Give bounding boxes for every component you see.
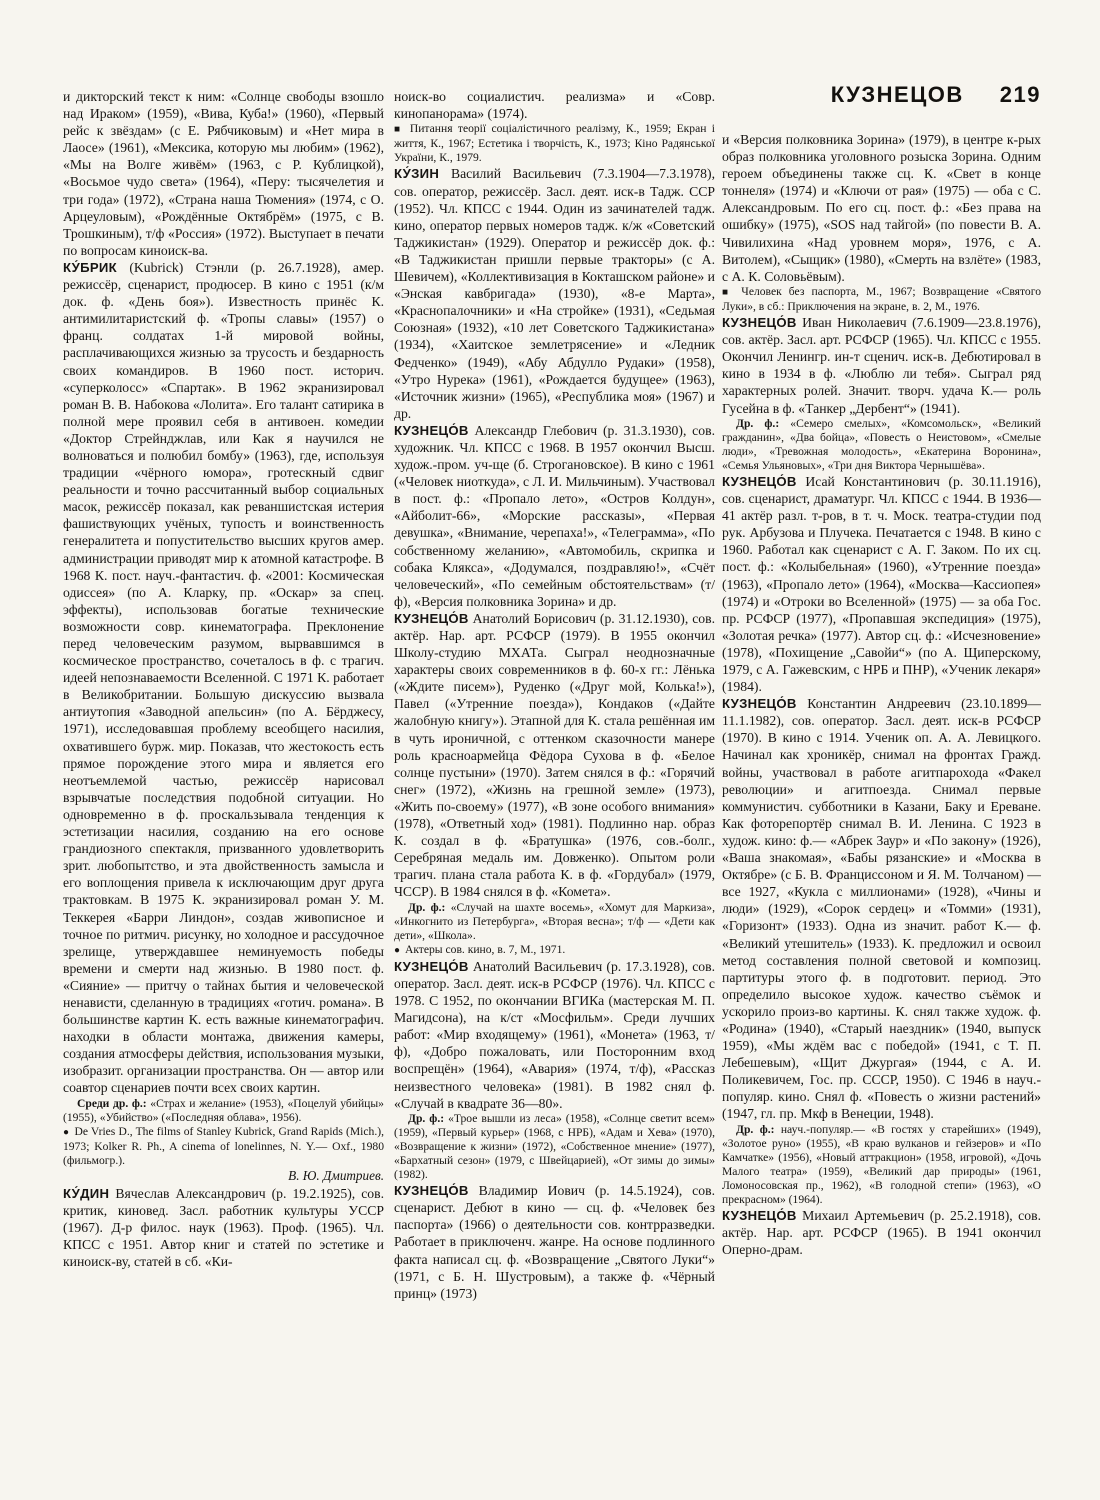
running-head-title: КУЗНЕЦОВ	[831, 82, 964, 108]
entry-paragraph: КУ́БРИК (Kubrick) Стэнли (р. 26.7.1928),…	[63, 259, 384, 1097]
entry-headword: КУЗНЕЦО́В	[394, 1183, 469, 1198]
bibliography-note: ■ Питання теорії соціалістичного реалізм…	[394, 122, 715, 165]
square-marker-icon: ■	[722, 287, 734, 298]
column-left: и дикторский текст к ним: «Солнце свобод…	[63, 88, 384, 1270]
entry-paragraph: КУЗНЕЦО́В Владимир Иович (р. 14.5.1924),…	[394, 1182, 715, 1302]
entry-headword: КУ́ДИН	[63, 1186, 109, 1201]
entry-paragraph: КУ́ДИН Вячеслав Александрович (р. 19.2.1…	[63, 1185, 384, 1270]
author-signature: В. Ю. Дмитриев.	[63, 1168, 384, 1185]
filmography-lead: Др. ф.:	[736, 417, 779, 430]
entry-headword: КУ́БРИК	[63, 260, 117, 275]
filmography-lead: Др. ф.:	[408, 1112, 444, 1125]
entry-headword: КУЗНЕЦО́В	[722, 1208, 797, 1223]
circle-marker-icon: ●	[63, 1127, 71, 1138]
column-middle: ноиск-во социалистич. реализма» и «Совр.…	[394, 88, 715, 1302]
continuation-paragraph: и дикторский текст к ним: «Солнце свобод…	[63, 88, 384, 259]
bibliography-note: ■ Человек без паспорта, М., 1967; Возвра…	[722, 285, 1041, 314]
entry-paragraph: КУЗНЕЦО́В Исай Константинович (р. 30.11.…	[722, 473, 1041, 695]
entry-paragraph: КУЗНЕЦО́В Анатолий Борисович (р. 31.12.1…	[394, 610, 715, 901]
entry-headword: КУЗНЕЦО́В	[394, 959, 469, 974]
bibliography-note: ● De Vries D., The films of Stanley Kubr…	[63, 1125, 384, 1168]
filmography-lead: Среди др. ф.:	[77, 1097, 147, 1110]
entry-headword: КУЗНЕЦО́В	[722, 474, 797, 489]
continuation-paragraph: ноиск-во социалистич. реализма» и «Совр.…	[394, 88, 715, 122]
entry-paragraph: КУ́ЗИН Василий Васильевич (7.3.1904—7.3.…	[394, 165, 715, 421]
filmography-note: Среди др. ф.: «Страх и желание» (1953), …	[63, 1097, 384, 1125]
filmography-lead: Др. ф.:	[736, 1123, 774, 1136]
entry-headword: КУЗНЕЦО́В	[722, 696, 797, 711]
bibliography-note: ● Актеры сов. кино, в. 7, М., 1971.	[394, 943, 715, 958]
page-number: 219	[1000, 82, 1041, 108]
circle-marker-icon: ●	[394, 945, 402, 956]
filmography-note: Др. ф.: «Случай на шахте восемь», «Хомут…	[394, 901, 715, 943]
filmography-note: Др. ф.: науч.-популяр.— «В гостях у стар…	[722, 1123, 1041, 1208]
entry-paragraph: КУЗНЕЦО́В Михаил Артемьевич (р. 25.2.191…	[722, 1207, 1041, 1258]
continuation-paragraph: и «Версия полковника Зорина» (1979), в ц…	[722, 131, 1041, 285]
entry-headword: КУЗНЕЦО́В	[394, 611, 469, 626]
entry-paragraph: КУЗНЕЦО́В Иван Николаевич (7.6.1909—23.8…	[722, 314, 1041, 417]
filmography-note: Др. ф.: «Семеро смелых», «Комсомольск», …	[722, 417, 1041, 473]
square-marker-icon: ■	[394, 124, 405, 135]
running-head: КУЗНЕЦОВ 219	[722, 82, 1041, 108]
filmography-note: Др. ф.: «Трое вышли из леса» (1958), «Со…	[394, 1112, 715, 1182]
entry-headword: КУЗНЕЦО́В	[394, 423, 469, 438]
column-right: и «Версия полковника Зорина» (1979), в ц…	[722, 131, 1041, 1258]
entry-headword: КУЗНЕЦО́В	[722, 315, 797, 330]
page: КУЗНЕЦОВ 219 и дикторский текст к ним: «…	[0, 0, 1100, 1500]
entry-paragraph: КУЗНЕЦО́В Константин Андреевич (23.10.18…	[722, 695, 1041, 1122]
filmography-lead: Др. ф.:	[408, 901, 445, 914]
entry-paragraph: КУЗНЕЦО́В Александр Глебович (р. 31.3.19…	[394, 422, 715, 610]
entry-headword: КУ́ЗИН	[394, 166, 439, 181]
entry-paragraph: КУЗНЕЦО́В Анатолий Васильевич (р. 17.3.1…	[394, 958, 715, 1112]
